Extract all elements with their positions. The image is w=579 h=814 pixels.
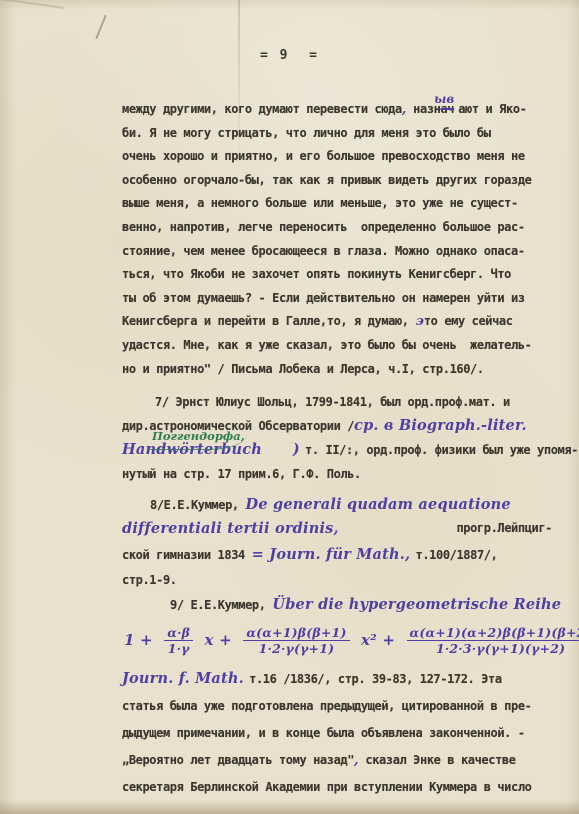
- handwritten-text: Über die hypergeometrische Reihe: [272, 596, 561, 613]
- typed-text: т. II/:, орд.проф. физики был уже упомя-: [305, 443, 578, 457]
- text-line: би. Я не могу стрицать, что лично для ме…: [122, 120, 552, 144]
- typed-text: стр.1-9.: [122, 573, 177, 587]
- typed-text: 7/ Эрнст Юлиус Шольц, 1799-1841, был орд…: [155, 395, 510, 409]
- typed-text: „Вероятно лет двадцать тому назад": [122, 753, 354, 767]
- text-line: ской гимназии 1834 = Journ. für Math., т…: [122, 541, 552, 566]
- text-line: 9/ Е.Е.Куммер, Über die hypergeometrisch…: [122, 591, 552, 616]
- typed-text: прогр.Лейпциг-: [456, 516, 552, 541]
- handwritten-insertion-green: Поггендорфа,: [150, 424, 247, 450]
- handwritten-text: ср. в Biograph.-liter.: [354, 417, 527, 434]
- page-number: = 9 =: [0, 48, 579, 64]
- text-line: стр.1-9.: [122, 566, 552, 591]
- text-line: „Вероятно лет двадцать тому назад", сказ…: [122, 745, 552, 772]
- hypergeometric-series-formula: 1 + α·β1·γ x + α(α+1)β(β+1)1·2·γ(γ+1) x²…: [122, 616, 579, 664]
- handwritten-text: ): [293, 441, 305, 458]
- handwritten-text: De generali quadam aequatione: [246, 496, 511, 513]
- text-line: 1 + α·β1·γ x + α(α+1)β(β+1)1·2·γ(γ+1) x²…: [122, 616, 552, 664]
- typed-text: стояние, чем менее бросающееся в глаза. …: [122, 244, 525, 258]
- typed-text: ской гимназии 1834: [122, 548, 252, 562]
- typed-text: выше меня, а немного больше или меньше, …: [122, 196, 518, 210]
- text-line: очень хорошо и приятно, и его большое пр…: [122, 143, 552, 167]
- typed-text: т.16 /1836/, стр. 39-83, 127-172. Эта: [249, 672, 502, 686]
- text-line: 8/Е.Е.Куммер, De generali quadam aequati…: [122, 491, 552, 516]
- typed-text: би. Я не могу стрицать, что лично для ме…: [122, 126, 491, 140]
- text-line: особенно огорчало-бы, так как я привык в…: [122, 167, 552, 191]
- text-line: нутый на стр. 17 прим.6, Г.Ф. Поль.: [122, 461, 552, 485]
- formula-fraction: α(α+1)β(β+1)1·2·γ(γ+1): [243, 626, 349, 655]
- handwritten-insertion: ыв: [434, 88, 454, 112]
- typed-text: Кенигсберга и перейти в Галле,то, я дума…: [122, 314, 415, 328]
- scanned-document-page: = 9 = между другими, кого думают перевес…: [0, 0, 579, 814]
- handwritten-text: = Journ. für Math.,: [252, 546, 416, 563]
- text-line: ты об этом думаешь? - Если действительно…: [122, 285, 552, 309]
- text-line: венно, напротив, легче переносить опреде…: [122, 214, 552, 238]
- typed-text: нутый на стр. 17 прим.6, Г.Ф. Поль.: [122, 467, 361, 481]
- text-line: дыдущем примечании, и в конце была объяв…: [122, 718, 552, 745]
- handwritten-text: Journ. f. Math.: [122, 670, 249, 687]
- text-line: HandwörterbuchПоггендорфа,) т. II/:, орд…: [122, 437, 552, 461]
- document-text-block: между другими, кого думают перевести сюд…: [122, 96, 552, 799]
- typed-text: удастся. Мне, как я уже сказал, это было…: [122, 338, 531, 352]
- text-line: ться, что Якоби не захочет опять покинут…: [122, 261, 552, 285]
- typed-text: статья была уже подготовлена предыдущей,…: [122, 699, 531, 713]
- typed-text: ться, что Якоби не захочет опять покинут…: [122, 267, 511, 281]
- typed-text: венно, напротив, легче переносить опреде…: [122, 220, 525, 234]
- paper-fold-top-left: [0, 0, 64, 9]
- typed-text: ты об этом думаешь? - Если действительно…: [122, 291, 525, 305]
- text-line: выше меня, а немного больше или меньше, …: [122, 190, 552, 214]
- typed-text: ают и Яко-: [458, 102, 526, 116]
- text-line: удастся. Мне, как я уже сказал, это было…: [122, 332, 552, 356]
- typed-text: секретаря Берлинской Академии при вступл…: [122, 780, 531, 794]
- typed-text: дыдущем примечании, и в конце была объяв…: [122, 726, 525, 740]
- text-line: 7/ Эрнст Юлиус Шольц, 1799-1841, был орд…: [122, 389, 552, 413]
- text-line: но и приятно" / Письма Лобека и Лерса, ч…: [122, 356, 552, 380]
- text-line: статья была уже подготовлена предыдущей,…: [122, 691, 552, 718]
- typed-text: но и приятно" / Письма Лобека и Лерса, ч…: [122, 362, 484, 376]
- text-line: Кенигсберга и перейти в Галле,то, я дума…: [122, 308, 552, 332]
- handwritten-correction-mark: э: [415, 314, 423, 329]
- formula-fraction: α·β1·γ: [164, 626, 193, 655]
- typed-text: 8/Е.Е.Куммер,: [150, 498, 246, 512]
- handwritten-text: differentiali tertii ordinis,: [122, 516, 339, 541]
- text-line: секретаря Берлинской Академии при вступл…: [122, 772, 552, 799]
- typed-text: сказал Энке в качестве: [359, 753, 516, 767]
- paper-crease-mark: [95, 15, 107, 40]
- typed-text: особенно огорчало-бы, так как я привык в…: [122, 173, 531, 187]
- typed-text: 9/ Е.Е.Куммер,: [170, 598, 272, 612]
- typed-text: т.100/1887/,: [416, 548, 498, 562]
- typed-text: между другими, кого думают перевести сюд…: [122, 102, 402, 116]
- typed-text: то ему сейчас: [424, 314, 513, 328]
- text-line: Journ. f. Math. т.16 /1836/, стр. 39-83,…: [122, 664, 552, 691]
- formula-fraction: α(α+1)(α+2)β(β+1)(β+2)1·2·3·γ(γ+1)(γ+2): [407, 626, 579, 655]
- text-line: differentiali tertii ordinis,прогр.Лейпц…: [122, 516, 552, 541]
- text-line: стояние, чем менее бросающееся в глаза. …: [122, 238, 552, 262]
- typed-text: очень хорошо и приятно, и его большое пр…: [122, 149, 525, 163]
- text-line: между другими, кого думают перевести сюд…: [122, 96, 552, 120]
